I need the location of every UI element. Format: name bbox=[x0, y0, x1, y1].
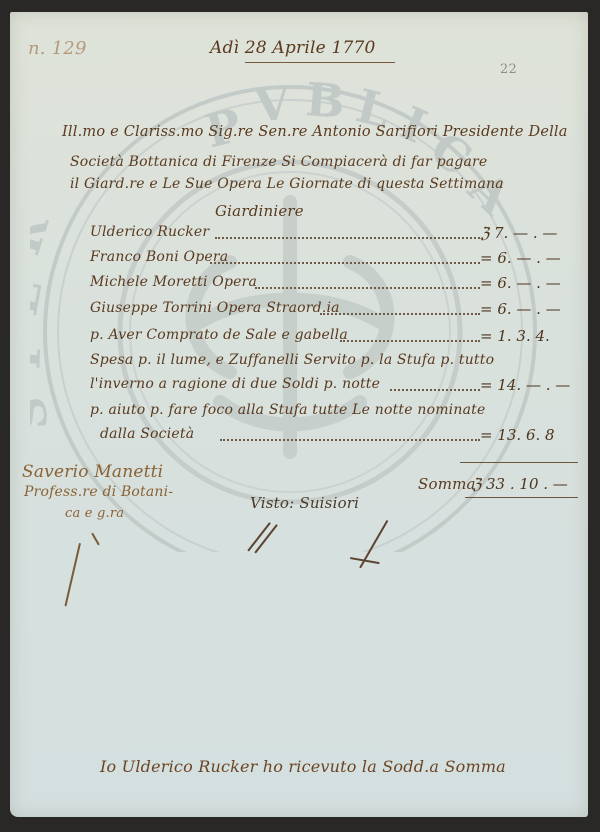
list-item: Franco Boni Opera bbox=[90, 249, 228, 265]
list-item: p. Aver Comprato de Sale e gabella bbox=[90, 327, 348, 343]
leader-dots bbox=[215, 237, 480, 239]
svg-text:A: A bbox=[457, 161, 522, 226]
address-line: il Giard.re e Le Sue Opera Le Giornate d… bbox=[70, 176, 504, 192]
svg-text:R: R bbox=[30, 207, 60, 261]
address-line: Società Bottanica di Firenze Si Compiace… bbox=[70, 154, 487, 170]
list-item: Michele Moretti Opera bbox=[90, 274, 257, 290]
total-amount: ℨ 33 . 10 . — bbox=[472, 475, 568, 493]
entry-amount: = 6. — . — bbox=[480, 274, 561, 292]
list-item: Spesa p. il lume, e Zuffanelli Servito p… bbox=[90, 352, 494, 368]
list-item: Ulderico Rucker bbox=[90, 224, 209, 240]
entry-amount: = 6. — . — bbox=[480, 300, 561, 318]
leader-dots bbox=[340, 340, 480, 342]
signature-professor-title-cont: ca e g.ra bbox=[65, 506, 124, 521]
signature-professor-title: Profess.re di Botani- bbox=[24, 484, 173, 500]
leader-dots bbox=[255, 287, 480, 289]
svg-text:B: B bbox=[304, 72, 347, 129]
date-line: Adì 28 Aprile 1770 bbox=[210, 38, 376, 58]
leader-dots bbox=[210, 262, 480, 264]
signature-visto: Visto: Suisiori bbox=[250, 494, 359, 512]
leader-dots bbox=[320, 313, 480, 315]
total-rule-top bbox=[460, 462, 578, 463]
list-item: p. aiuto p. fare foco alla Stufa tutte L… bbox=[90, 402, 485, 418]
signature-professor: Saverio Manetti bbox=[22, 462, 163, 482]
receipt-line: Io Ulderico Rucker ho ricevuto la Sodd.a… bbox=[100, 757, 506, 776]
entry-amount: ℨ 7. — . — bbox=[480, 224, 557, 242]
entry-amount: = 1. 3. 4. bbox=[480, 327, 550, 345]
list-item: Giuseppe Torrini Opera Straord.ia bbox=[90, 300, 340, 316]
entry-amount: = 14. — . — bbox=[480, 376, 570, 394]
signature-flourish bbox=[64, 543, 81, 607]
manuscript-sheet: P V B L I C A R E P S n. 129 22 Adì 28 A… bbox=[10, 12, 588, 817]
leader-dots bbox=[220, 439, 480, 441]
total-label: Somma bbox=[418, 475, 476, 493]
address-line: Ill.mo e Clariss.mo Sig.re Sen.re Antoni… bbox=[62, 124, 568, 140]
date-underline bbox=[245, 62, 395, 63]
page-number: 22 bbox=[500, 62, 517, 77]
leader-dots bbox=[390, 389, 480, 391]
svg-text:S: S bbox=[30, 394, 59, 434]
archive-number: n. 129 bbox=[28, 38, 87, 59]
total-rule-bottom bbox=[465, 497, 578, 498]
entry-amount: = 13. 6. 8 bbox=[480, 426, 555, 444]
list-item: dalla Società bbox=[100, 426, 194, 442]
svg-text:P: P bbox=[30, 334, 51, 370]
svg-text:E: E bbox=[30, 275, 53, 319]
list-item: l'inverno a ragione di due Soldi p. nott… bbox=[90, 376, 380, 392]
signature-flourish bbox=[91, 533, 100, 546]
section-heading: Giardiniere bbox=[215, 202, 304, 220]
entry-amount: = 6. — . — bbox=[480, 249, 561, 267]
